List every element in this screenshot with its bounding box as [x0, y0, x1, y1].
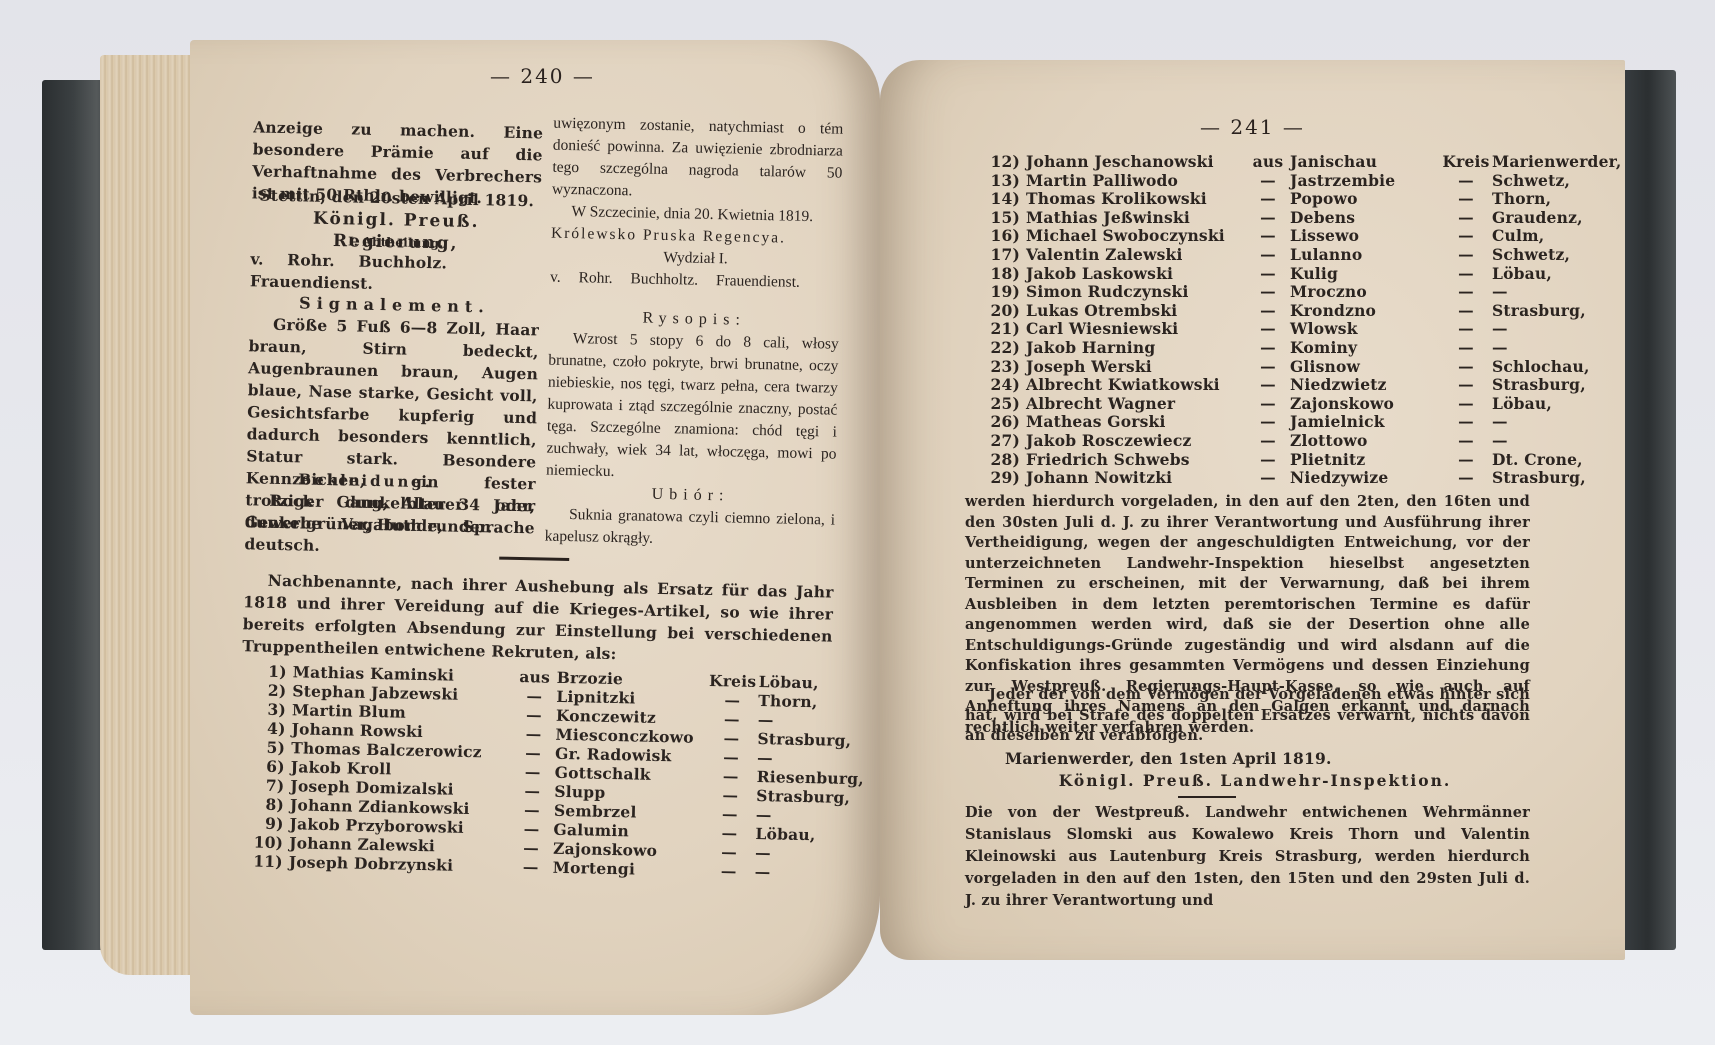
recruit-district: Schwetz,	[1492, 172, 1642, 191]
recruit-aus: —	[1246, 413, 1290, 432]
recruit-row: 23)Joseph Werski—Glisnow—Schlochau,	[980, 358, 1642, 377]
recruit-district: Strasburg,	[1492, 302, 1642, 321]
recruit-kreis: —	[1440, 339, 1492, 358]
recruit-district: —	[1492, 320, 1642, 339]
recruit-place: Niedzwietz	[1290, 376, 1440, 395]
recruit-kreis: —	[1440, 265, 1492, 284]
recruit-district: —	[1492, 432, 1642, 451]
recruit-num: 12)	[980, 153, 1026, 172]
recruit-kreis: —	[706, 709, 758, 729]
recruit-name: Mathias Jeßwinski	[1026, 209, 1246, 228]
recruit-district: —	[1492, 339, 1642, 358]
recruit-name: Friedrich Schwebs	[1026, 451, 1246, 470]
recruit-name: Valentin Zalewski	[1026, 246, 1246, 265]
recruit-num: 2)	[246, 680, 292, 700]
recruit-place: Mroczno	[1290, 283, 1440, 302]
recruit-kreis: Kreis	[1440, 153, 1492, 172]
recruit-aus: —	[1246, 376, 1290, 395]
recruit-num: 26)	[980, 413, 1026, 432]
recruit-place: Lissewo	[1290, 227, 1440, 246]
recruit-num: 14)	[980, 190, 1026, 209]
recruit-name: Lukas Otrembski	[1026, 302, 1246, 321]
recruit-place: Plietnitz	[1290, 451, 1440, 470]
recruit-num: 19)	[980, 283, 1026, 302]
recruit-aus: —	[510, 781, 554, 801]
recruit-num: 25)	[980, 395, 1026, 414]
recruit-row: 14)Thomas Krolikowski—Popowo—Thorn,	[980, 190, 1642, 209]
recruit-aus: —	[1246, 209, 1290, 228]
recruit-aus: —	[510, 800, 554, 820]
recruit-row: 28)Friedrich Schwebs—Plietnitz—Dt. Crone…	[980, 451, 1642, 470]
recruit-num: 28)	[980, 451, 1026, 470]
recruit-kreis: —	[705, 728, 757, 748]
recruit-kreis: —	[1440, 413, 1492, 432]
recruit-num: 3)	[246, 699, 292, 719]
recruit-district: —	[1492, 283, 1642, 302]
recruit-aus: —	[512, 705, 556, 725]
recruit-kreis: —	[1440, 302, 1492, 321]
recruit-name: Michael Swoboczynski	[1026, 227, 1246, 246]
recruit-num: 21)	[980, 320, 1026, 339]
recruit-name: Johann Jeschanowski	[1026, 153, 1246, 172]
recruit-aus: —	[511, 743, 555, 763]
recruit-row: 25)Albrecht Wagner—Zajonskowo—Löbau,	[980, 395, 1642, 414]
second-notice: Die von der Westpreuß. Landwehr entwiche…	[965, 802, 1530, 912]
recruit-aus: —	[1246, 358, 1290, 377]
recruit-num: 17)	[980, 246, 1026, 265]
recruit-name: Jakob Laskowski	[1026, 265, 1246, 284]
recruit-district: Strasburg,	[1492, 376, 1642, 395]
recruit-num: 8)	[244, 794, 290, 814]
recruit-row: 15)Mathias Jeßwinski—Debens—Graudenz,	[980, 209, 1642, 228]
recruit-name: Jakob Rosczewiecz	[1026, 432, 1246, 451]
recruit-kreis: —	[703, 823, 755, 843]
warning-text: Jeder der von dem Vermögen der Vorgelade…	[965, 685, 1530, 747]
recruit-row: 12)Johann JeschanowskiausJanischauKreisM…	[980, 153, 1642, 172]
recruit-aus: —	[1246, 451, 1290, 470]
recruit-row: 20)Lukas Otrembski—Krondzno—Strasburg,	[980, 302, 1642, 321]
recruits-list-right: 12)Johann JeschanowskiausJanischauKreisM…	[980, 153, 1642, 488]
recruit-name: Joseph Werski	[1026, 358, 1246, 377]
recruit-district: Löbau,	[1492, 395, 1642, 414]
recruit-place: Zajonskowo	[1290, 395, 1440, 414]
recruit-district: Marienwerder,	[1492, 153, 1642, 172]
recruit-row: 19)Simon Rudczynski—Mroczno——	[980, 283, 1642, 302]
recruit-place: Glisnow	[1290, 358, 1440, 377]
recruit-num: 7)	[244, 775, 290, 795]
recruit-kreis: —	[1440, 320, 1492, 339]
recruit-aus: —	[1246, 246, 1290, 265]
recruit-kreis: —	[705, 766, 757, 786]
recruit-num: 24)	[980, 376, 1026, 395]
recruit-district: Dt. Crone,	[1492, 451, 1642, 470]
recruit-place: Kominy	[1290, 339, 1440, 358]
recruit-kreis: —	[1440, 395, 1492, 414]
recruit-district: —	[1492, 413, 1642, 432]
recruit-place: Lulanno	[1290, 246, 1440, 265]
recruit-row: 17)Valentin Zalewski—Lulanno—Schwetz,	[980, 246, 1642, 265]
recruit-kreis: —	[703, 842, 755, 862]
recruit-num: 4)	[245, 718, 291, 738]
recruit-row: 21)Carl Wiesniewski—Wlowsk——	[980, 320, 1642, 339]
recruit-place: Wlowsk	[1290, 320, 1440, 339]
recruit-num: 16)	[980, 227, 1026, 246]
recruit-row: 22)Jakob Harning—Kominy——	[980, 339, 1642, 358]
recruit-aus: —	[1246, 339, 1290, 358]
recruit-num: 10)	[243, 832, 289, 852]
recruit-place: Jastrzembie	[1290, 172, 1440, 191]
recruit-num: 6)	[245, 756, 291, 776]
recruit-row: 18)Jakob Laskowski—Kulig—Löbau,	[980, 265, 1642, 284]
recruit-name: Johann Nowitzki	[1026, 469, 1246, 488]
recruit-name: Joseph Dobrzynski	[289, 852, 509, 876]
recruit-kreis: —	[1440, 358, 1492, 377]
recruit-place: Kulig	[1290, 265, 1440, 284]
recruit-aus: —	[1246, 320, 1290, 339]
recruit-kreis: —	[1440, 227, 1492, 246]
recruit-aus: —	[509, 819, 553, 839]
recruit-num: 5)	[245, 737, 291, 757]
recruit-num: 29)	[980, 469, 1026, 488]
recruit-row: 29)Johann Nowitzki—Niedzywize—Strasburg,	[980, 469, 1642, 488]
recruit-num: 27)	[980, 432, 1026, 451]
recruit-kreis: —	[1440, 469, 1492, 488]
recruit-district: Thorn,	[1492, 190, 1642, 209]
right-page: — 241 — 12)Johann JeschanowskiausJanisch…	[880, 60, 1625, 960]
recruit-kreis: —	[1440, 432, 1492, 451]
recruit-name: Jakob Harning	[1026, 339, 1246, 358]
recruit-kreis: —	[1440, 172, 1492, 191]
recruit-kreis: —	[703, 861, 755, 881]
clothing-text-de: Rock dunkelblauer oder dunkelgrüner, Hut…	[245, 489, 536, 539]
recruit-num: 20)	[980, 302, 1026, 321]
recruit-aus: —	[511, 724, 555, 744]
recruit-district: Strasburg,	[1492, 469, 1642, 488]
recruit-num: 18)	[980, 265, 1026, 284]
recruit-place: Zlottowo	[1290, 432, 1440, 451]
recruit-name: Matheas Gorski	[1026, 413, 1246, 432]
recruit-num: 1)	[247, 661, 293, 681]
recruit-num: 9)	[243, 813, 289, 833]
polish-signatures: v. Rohr. Buchholtz. Frauendienst.	[550, 267, 840, 295]
clothing-text-pl: Suknia granatowa czyli ciemno zielona, i…	[544, 504, 835, 554]
recruit-place: Jamielnick	[1290, 413, 1440, 432]
recruit-num: 11)	[243, 851, 289, 871]
recruit-place: Niedzywize	[1290, 469, 1440, 488]
recruit-district: Löbau,	[1492, 265, 1642, 284]
recruits-list-left: 1)Mathias KaminskiausBrzozieKreisLöbau, …	[243, 661, 909, 884]
recruit-row: 27)Jakob Rosczewiecz—Zlottowo——	[980, 432, 1642, 451]
recruit-aus: —	[1246, 190, 1290, 209]
recruit-kreis: —	[706, 690, 758, 710]
recruit-kreis: —	[1440, 283, 1492, 302]
page-number-240: — 240 —	[490, 64, 595, 88]
recruit-num: 15)	[980, 209, 1026, 228]
recruit-kreis: —	[1440, 246, 1492, 265]
recruit-row: 26)Matheas Gorski—Jamielnick——	[980, 413, 1642, 432]
recruit-kreis: —	[1440, 376, 1492, 395]
recruit-row: 24)Albrecht Kwiatkowski—Niedzwietz—Stras…	[980, 376, 1642, 395]
recruit-name: Thomas Krolikowski	[1026, 190, 1246, 209]
recruit-name: Carl Wiesniewski	[1026, 320, 1246, 339]
recruit-aus: —	[512, 686, 556, 706]
recruit-row: 16)Michael Swoboczynski—Lissewo—Culm,	[980, 227, 1642, 246]
recruit-aus: —	[509, 838, 553, 858]
recruit-district: Schlochau,	[1492, 358, 1642, 377]
recruit-aus: —	[1246, 302, 1290, 321]
recruit-aus: —	[509, 857, 553, 877]
recruit-row: 13)Martin Palliwodo—Jastrzembie—Schwetz,	[980, 172, 1642, 191]
recruit-district: Schwetz,	[1492, 246, 1642, 265]
recruit-kreis: Kreis	[707, 671, 759, 691]
recruit-kreis: —	[1440, 451, 1492, 470]
recruit-num: 23)	[980, 358, 1026, 377]
left-page-body: Anzeige zu machen. Eine besondere Prämie…	[190, 40, 880, 54]
recruit-kreis: —	[704, 804, 756, 824]
page-number-241: — 241 —	[1200, 115, 1305, 139]
recruit-district: Culm,	[1492, 227, 1642, 246]
recruit-name: Martin Palliwodo	[1026, 172, 1246, 191]
recruit-place: Krondzno	[1290, 302, 1440, 321]
recruit-name: Simon Rudczynski	[1026, 283, 1246, 302]
recruit-place: Debens	[1290, 209, 1440, 228]
recruit-num: 22)	[980, 339, 1026, 358]
recruit-aus: —	[511, 762, 555, 782]
right-date-line: Marienwerder, den 1sten April 1819.	[1005, 748, 1505, 770]
german-signatures: v. Rohr. Buchholz. Frauendienst.	[250, 248, 541, 298]
recruit-kreis: —	[704, 785, 756, 805]
recruit-kreis: —	[705, 747, 757, 767]
recruit-aus: —	[1246, 227, 1290, 246]
recruit-aus: —	[1246, 469, 1290, 488]
recruit-kreis: —	[1440, 190, 1492, 209]
left-page: — 240 — Anzeige zu machen. Eine besonder…	[190, 40, 880, 1015]
recruit-district: Graudenz,	[1492, 209, 1642, 228]
authority-underline	[1178, 796, 1236, 798]
recruit-aus: —	[1246, 283, 1290, 302]
recruit-aus: —	[1246, 395, 1290, 414]
recruits-intro: Nachbenannte, nach ihrer Aushebung als E…	[242, 569, 834, 669]
recruit-place: Mortengi	[553, 858, 703, 880]
recruit-num: 13)	[980, 172, 1026, 191]
rysopis-text: Wzrost 5 stopy 6 do 8 cali, włosy brunat…	[546, 328, 839, 488]
recruit-place: Janischau	[1290, 153, 1440, 172]
recruit-name: Albrecht Kwiatkowski	[1026, 376, 1246, 395]
recruit-aus: aus	[513, 667, 557, 687]
recruit-aus: —	[1246, 265, 1290, 284]
recruit-name: Albrecht Wagner	[1026, 395, 1246, 414]
recruit-kreis: —	[1440, 209, 1492, 228]
polish-notice-end: uwięzonym zostanie, natychmiast o tém do…	[552, 113, 844, 207]
recruit-aus: —	[1246, 172, 1290, 191]
recruit-aus: aus	[1246, 153, 1290, 172]
landwehr-authority: Königl. Preuß. Landwehr-Inspektion.	[1030, 770, 1480, 792]
recruit-aus: —	[1246, 432, 1290, 451]
recruit-place: Popowo	[1290, 190, 1440, 209]
